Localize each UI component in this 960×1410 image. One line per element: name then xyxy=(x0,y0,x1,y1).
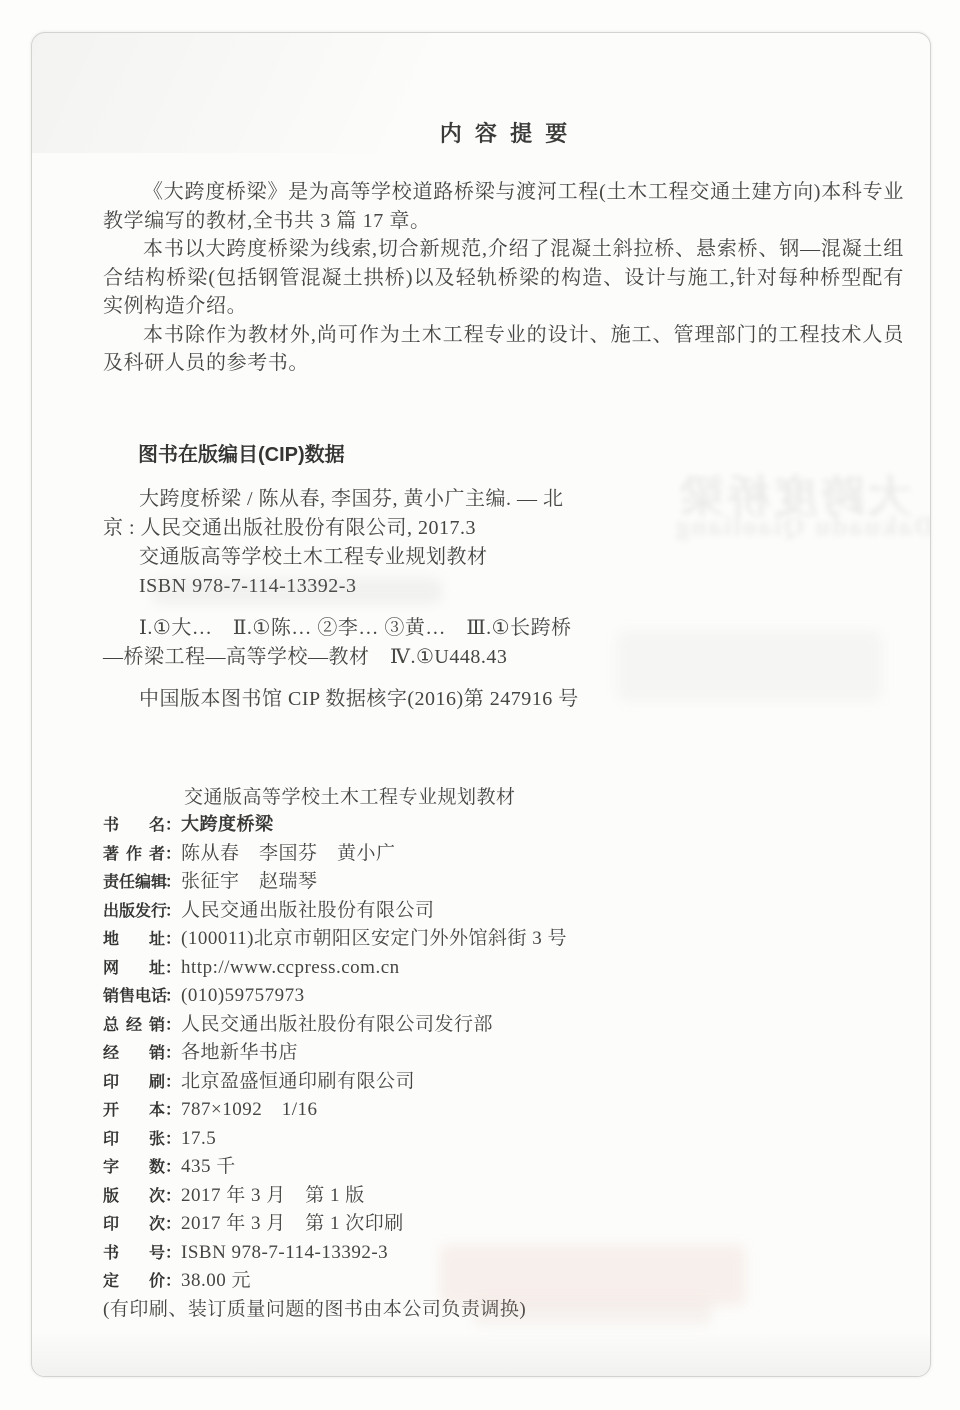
colophon-row: 字数：435 千 xyxy=(103,1153,904,1182)
colophon-label: 字数 xyxy=(103,1154,165,1182)
cip-heading: 图书在版编目(CIP)数据 xyxy=(138,438,904,467)
colophon-label: 版次 xyxy=(103,1183,165,1211)
colophon-colon: ： xyxy=(165,1216,181,1233)
colophon-value: (100011)北京市朝阳区安定门外外馆斜街 3 号 xyxy=(181,928,567,949)
series-title: 交通版高等学校土木工程专业规划教材 xyxy=(184,784,904,812)
colophon-row: 书名：大跨度桥梁 xyxy=(103,811,904,840)
summary-paragraph: 《大跨度桥梁》是为高等学校道路桥梁与渡河工程(土木工程交通土建方向)本科专业教学… xyxy=(103,178,904,235)
colophon-colon: ： xyxy=(165,931,181,948)
colophon-value: (010)59757973 xyxy=(181,985,305,1006)
colophon-label: 总经销 xyxy=(103,1012,165,1040)
colophon-label: 经销 xyxy=(103,1040,165,1068)
colophon-row: 印张：17.5 xyxy=(103,1125,904,1154)
colophon-label: 出版发行 xyxy=(103,898,165,926)
colophon-label: 定价 xyxy=(103,1268,165,1296)
colophon-row: 开本：787×1092 1/16 xyxy=(103,1096,904,1125)
colophon-row: 责任编辑：张征宇 赵瑞琴 xyxy=(103,868,904,897)
summary-paragraph: 本书除作为教材外,尚可作为土木工程专业的设计、施工、管理部门的工程技术人员及科研… xyxy=(103,321,904,378)
cip-record: 大跨度桥梁 / 陈从春, 李国芬, 黄小广主编. — 北京 : 人民交通出版社股… xyxy=(103,485,904,714)
colophon-colon: ： xyxy=(165,1045,181,1062)
colophon-value: 大跨度桥梁 xyxy=(181,814,274,834)
colophon-colon: ： xyxy=(165,1102,181,1119)
colophon-colon: ： xyxy=(165,903,181,920)
colophon-label: 责任编辑 xyxy=(103,869,165,897)
colophon-value: 人民交通出版社股份有限公司 xyxy=(181,900,435,921)
colophon-colon: ： xyxy=(165,1131,181,1148)
cip-line: 大跨度桥梁 / 陈从春, 李国芬, 黄小广主编. — 北 xyxy=(103,485,904,514)
colophon-row: 书号：ISBN 978-7-114-13392-3 xyxy=(103,1239,904,1268)
summary-title: 内容提要 xyxy=(103,117,904,148)
colophon-colon: ： xyxy=(165,1273,181,1290)
colophon-row: 地址：(100011)北京市朝阳区安定门外外馆斜街 3 号 xyxy=(103,925,904,954)
colophon-value: 38.00 元 xyxy=(181,1270,251,1291)
colophon-label: 印刷 xyxy=(103,1069,165,1097)
colophon-colon: ： xyxy=(165,1017,181,1034)
colophon-value: 787×1092 1/16 xyxy=(181,1099,318,1120)
colophon-row: 印次：2017 年 3 月 第 1 次印刷 xyxy=(103,1210,904,1239)
colophon-value: 北京盈盛恒通印刷有限公司 xyxy=(181,1071,415,1092)
colophon-label: 开本 xyxy=(103,1097,165,1125)
colophon-value: 435 千 xyxy=(181,1156,236,1177)
colophon-row: 定价：38.00 元 xyxy=(103,1267,904,1296)
colophon-value: 陈从春 李国芬 黄小广 xyxy=(181,843,396,864)
colophon-value: 张征宇 赵瑞琴 xyxy=(181,871,318,892)
colophon-value: ISBN 978-7-114-13392-3 xyxy=(181,1242,388,1263)
colophon-row: 经销：各地新华书店 xyxy=(103,1039,904,1068)
colophon-value: 各地新华书店 xyxy=(181,1042,298,1063)
colophon-row: 网址：http://www.ccpress.com.cn xyxy=(103,954,904,983)
colophon: 交通版高等学校土木工程专业规划教材 书名：大跨度桥梁著作者：陈从春 李国芬 黄小… xyxy=(103,784,904,1324)
colophon-colon: ： xyxy=(165,1188,181,1205)
colophon-value: 2017 年 3 月 第 1 次印刷 xyxy=(181,1213,404,1234)
colophon-label: 印次 xyxy=(103,1211,165,1239)
cip-line: —桥梁工程—高等学校—教材 Ⅳ.①U448.43 xyxy=(103,643,904,672)
colophon-label: 著作者 xyxy=(103,841,165,869)
colophon-value: 人民交通出版社股份有限公司发行部 xyxy=(181,1014,493,1035)
book-copyright-page: 大跨度桥梁 Dakuadu Qiaoliang 内容提要 《大跨度桥梁》是为高等… xyxy=(31,32,931,1377)
summary-paragraph: 本书以大跨度桥梁为线索,切合新规范,介绍了混凝土斜拉桥、悬索桥、钢—混凝土组合结… xyxy=(103,235,904,321)
cip-line: 京 : 人民交通出版社股份有限公司, 2017.3 xyxy=(103,514,904,543)
colophon-colon: ： xyxy=(165,988,181,1005)
cip-line: 中国版本图书馆 CIP 数据核字(2016)第 247916 号 xyxy=(103,685,904,714)
quality-note: (有印刷、装订质量问题的图书由本公司负责调换) xyxy=(103,1296,904,1324)
colophon-rows: 书名：大跨度桥梁著作者：陈从春 李国芬 黄小广责任编辑：张征宇 赵瑞琴出版发行：… xyxy=(103,811,904,1296)
cip-line: ISBN 978-7-114-13392-3 xyxy=(103,572,904,601)
colophon-colon: ： xyxy=(165,874,181,891)
colophon-label: 销售电话 xyxy=(103,983,165,1011)
colophon-label: 书号 xyxy=(103,1240,165,1268)
colophon-colon: ： xyxy=(165,1074,181,1091)
colophon-row: 著作者：陈从春 李国芬 黄小广 xyxy=(103,840,904,869)
cip-line: Ⅰ.①大… Ⅱ.①陈… ②李… ③黄… Ⅲ.①长跨桥 xyxy=(103,614,904,643)
colophon-value: 2017 年 3 月 第 1 版 xyxy=(181,1185,365,1206)
colophon-label: 印张 xyxy=(103,1126,165,1154)
colophon-colon: ： xyxy=(165,960,181,977)
colophon-colon: ： xyxy=(165,817,181,834)
colophon-colon: ： xyxy=(165,1159,181,1176)
colophon-row: 版次：2017 年 3 月 第 1 版 xyxy=(103,1182,904,1211)
colophon-colon: ： xyxy=(165,846,181,863)
colophon-value: http://www.ccpress.com.cn xyxy=(181,957,400,978)
colophon-row: 出版发行：人民交通出版社股份有限公司 xyxy=(103,897,904,926)
colophon-label: 书名 xyxy=(103,812,165,840)
colophon-label: 网址 xyxy=(103,955,165,983)
cip-line: 交通版高等学校土木工程专业规划教材 xyxy=(103,543,904,572)
colophon-value: 17.5 xyxy=(181,1128,216,1149)
colophon-row: 总经销：人民交通出版社股份有限公司发行部 xyxy=(103,1011,904,1040)
colophon-row: 销售电话：(010)59757973 xyxy=(103,982,904,1011)
colophon-row: 印刷：北京盈盛恒通印刷有限公司 xyxy=(103,1068,904,1097)
colophon-colon: ： xyxy=(165,1245,181,1262)
colophon-label: 地址 xyxy=(103,926,165,954)
summary-section: 《大跨度桥梁》是为高等学校道路桥梁与渡河工程(土木工程交通土建方向)本科专业教学… xyxy=(103,178,904,378)
